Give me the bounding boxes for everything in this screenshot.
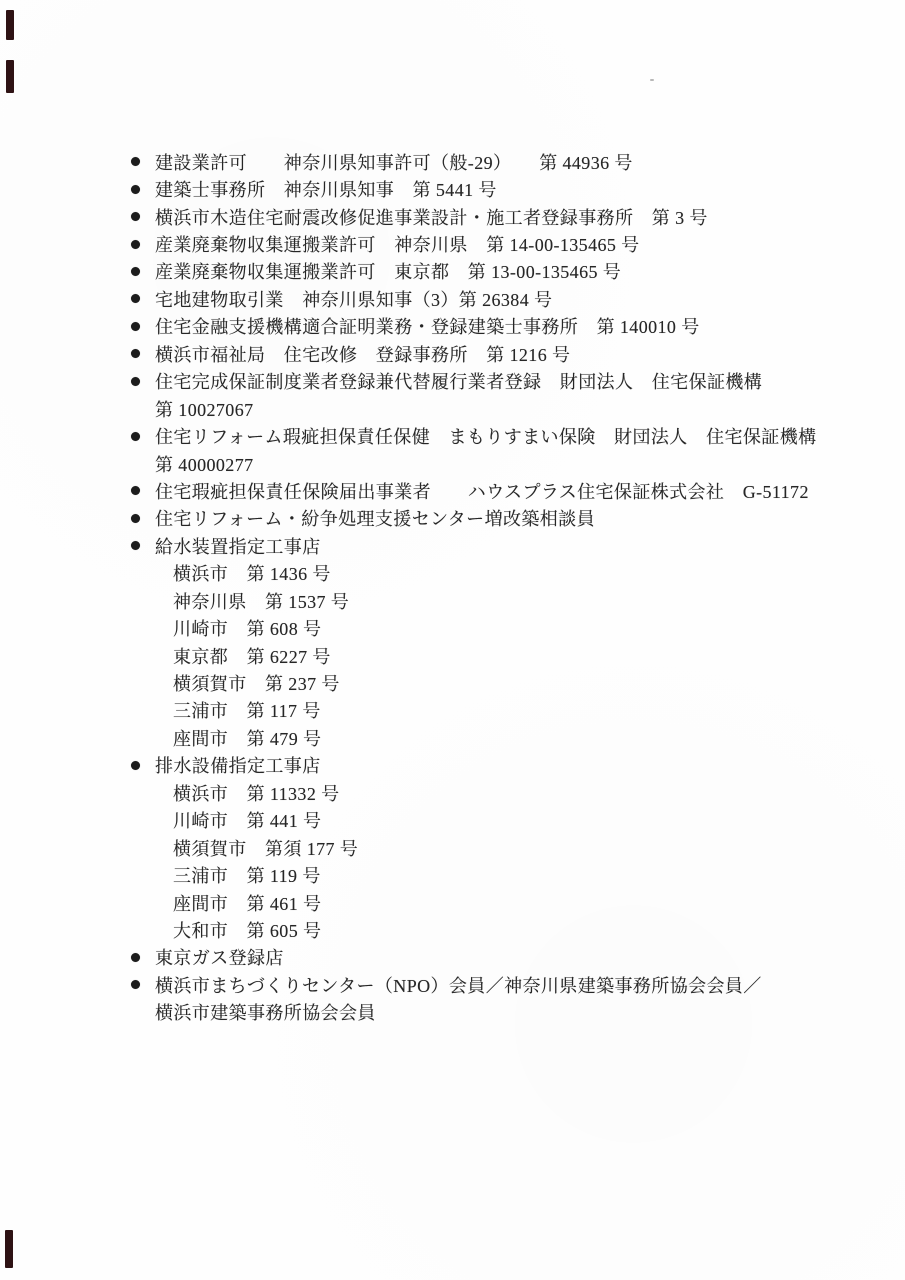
list-item-text: 横浜市木造住宅耐震改修促進事業設計・施工者登録事務所 第 3 号 <box>155 204 708 230</box>
list-item: 横浜市木造住宅耐震改修促進事業設計・施工者登録事務所 第 3 号 <box>0 203 905 230</box>
list-item-text: 横浜市福祉局 住宅改修 登録事務所 第 1216 号 <box>155 341 570 367</box>
list-item-text: 横須賀市 第 237 号 <box>173 670 340 696</box>
list-item-text: 産業廃棄物収集運搬業許可 神奈川県 第 14-00-135465 号 <box>155 231 640 257</box>
list-item: 産業廃棄物収集運搬業許可 東京都 第 13-00-135465 号 <box>0 258 905 285</box>
list-item: 横浜市建築事務所協会会員 <box>0 999 905 1026</box>
list-item: 東京ガス登録店 <box>0 944 905 971</box>
list-item-text: 建築士事務所 神奈川県知事 第 5441 号 <box>155 176 497 202</box>
list-item-text: 横浜市 第 1436 号 <box>173 560 331 586</box>
scanner-edge-artifact <box>6 10 14 40</box>
bullet-icon <box>131 294 140 303</box>
bullet-icon <box>131 240 140 249</box>
list-item-text: 川崎市 第 608 号 <box>173 615 321 641</box>
list-item-text: 大和市 第 605 号 <box>173 917 321 943</box>
list-item: 横浜市福祉局 住宅改修 登録事務所 第 1216 号 <box>0 340 905 367</box>
bullet-icon <box>131 377 140 386</box>
list-item-text: 排水設備指定工事店 <box>155 752 321 778</box>
list-item-text: 三浦市 第 119 号 <box>173 862 321 888</box>
list-item: 住宅瑕疵担保責任保険届出事業者 ハウスプラス住宅保証株式会社 G-51172 <box>0 477 905 504</box>
scanner-edge-artifact <box>6 60 14 93</box>
list-item: 座間市 第 479 号 <box>0 724 905 751</box>
list-item-text: 建設業許可 神奈川県知事許可（般-29） 第 44936 号 <box>155 149 633 175</box>
list-item-text: 住宅完成保証制度業者登録兼代替履行業者登録 財団法人 住宅保証機構 <box>155 368 762 394</box>
list-item: 横浜市まちづくりセンター（NPO）会員／神奈川県建築事務所協会会員／ <box>0 971 905 998</box>
list-item: 川崎市 第 608 号 <box>0 614 905 641</box>
scan-speck <box>650 79 654 81</box>
list-item: 横須賀市 第 237 号 <box>0 669 905 696</box>
list-item: 建築士事務所 神奈川県知事 第 5441 号 <box>0 175 905 202</box>
list-item: 住宅リフォーム瑕疵担保責任保健 まもりすまい保険 財団法人 住宅保証機構 <box>0 422 905 449</box>
bullet-icon <box>131 322 140 331</box>
list-item-text: 横浜市 第 11332 号 <box>173 780 340 806</box>
list-item-text: 横須賀市 第須 177 号 <box>173 835 358 861</box>
list-item: 横須賀市 第須 177 号 <box>0 834 905 861</box>
list-item-text: 神奈川県 第 1537 号 <box>173 588 349 614</box>
list-item-text: 第 10027067 <box>155 396 254 422</box>
list-item-text: 座間市 第 479 号 <box>173 725 321 751</box>
bullet-icon <box>131 349 140 358</box>
scanned-document-page: 建設業許可 神奈川県知事許可（般-29） 第 44936 号建築士事務所 神奈川… <box>0 0 905 1280</box>
list-item-text: 住宅リフォーム・紛争処理支援センター増改築相談員 <box>155 505 595 531</box>
list-item-text: 住宅瑕疵担保責任保険届出事業者 ハウスプラス住宅保証株式会社 G-51172 <box>155 478 809 504</box>
list-item: 宅地建物取引業 神奈川県知事（3）第 26384 号 <box>0 285 905 312</box>
list-item: 三浦市 第 117 号 <box>0 697 905 724</box>
list-item: 川崎市 第 441 号 <box>0 807 905 834</box>
list-item-text: 座間市 第 461 号 <box>173 890 321 916</box>
bullet-icon <box>131 267 140 276</box>
list-item: 大和市 第 605 号 <box>0 916 905 943</box>
list-item-text: 宅地建物取引業 神奈川県知事（3）第 26384 号 <box>155 286 552 312</box>
list-item-text: 給水装置指定工事店 <box>155 533 321 559</box>
list-item: 横浜市 第 11332 号 <box>0 779 905 806</box>
license-list: 建設業許可 神奈川県知事許可（般-29） 第 44936 号建築士事務所 神奈川… <box>0 148 905 1026</box>
bullet-icon <box>131 157 140 166</box>
list-item: 第 40000277 <box>0 450 905 477</box>
bullet-icon <box>131 486 140 495</box>
bullet-icon <box>131 432 140 441</box>
list-item-text: 住宅金融支援機構適合証明業務・登録建築士事務所 第 140010 号 <box>155 313 700 339</box>
list-item-text: 住宅リフォーム瑕疵担保責任保健 まもりすまい保険 財団法人 住宅保証機構 <box>155 423 817 449</box>
list-item-text: 産業廃棄物収集運搬業許可 東京都 第 13-00-135465 号 <box>155 258 621 284</box>
bullet-icon <box>131 541 140 550</box>
list-item: 住宅完成保証制度業者登録兼代替履行業者登録 財団法人 住宅保証機構 <box>0 368 905 395</box>
bullet-icon <box>131 980 140 989</box>
list-item-text: 第 40000277 <box>155 451 254 477</box>
list-item-text: 川崎市 第 441 号 <box>173 807 321 833</box>
list-item: 座間市 第 461 号 <box>0 889 905 916</box>
list-item-text: 東京ガス登録店 <box>155 944 284 970</box>
list-item: 住宅金融支援機構適合証明業務・登録建築士事務所 第 140010 号 <box>0 313 905 340</box>
list-item-text: 東京都 第 6227 号 <box>173 643 331 669</box>
list-item: 産業廃棄物収集運搬業許可 神奈川県 第 14-00-135465 号 <box>0 230 905 257</box>
list-item-text: 三浦市 第 117 号 <box>173 697 321 723</box>
bullet-icon <box>131 212 140 221</box>
list-item: 神奈川県 第 1537 号 <box>0 587 905 614</box>
list-item: 横浜市 第 1436 号 <box>0 560 905 587</box>
list-item: 三浦市 第 119 号 <box>0 861 905 888</box>
list-item-text: 横浜市まちづくりセンター（NPO）会員／神奈川県建築事務所協会会員／ <box>155 972 762 998</box>
list-item-text: 横浜市建築事務所協会会員 <box>155 999 376 1025</box>
bullet-icon <box>131 761 140 770</box>
bullet-icon <box>131 185 140 194</box>
list-item: 住宅リフォーム・紛争処理支援センター増改築相談員 <box>0 505 905 532</box>
list-item: 第 10027067 <box>0 395 905 422</box>
list-item: 東京都 第 6227 号 <box>0 642 905 669</box>
scanner-edge-artifact <box>5 1230 13 1268</box>
list-item: 給水装置指定工事店 <box>0 532 905 559</box>
list-item: 排水設備指定工事店 <box>0 752 905 779</box>
bullet-icon <box>131 953 140 962</box>
bullet-icon <box>131 514 140 523</box>
list-item: 建設業許可 神奈川県知事許可（般-29） 第 44936 号 <box>0 148 905 175</box>
